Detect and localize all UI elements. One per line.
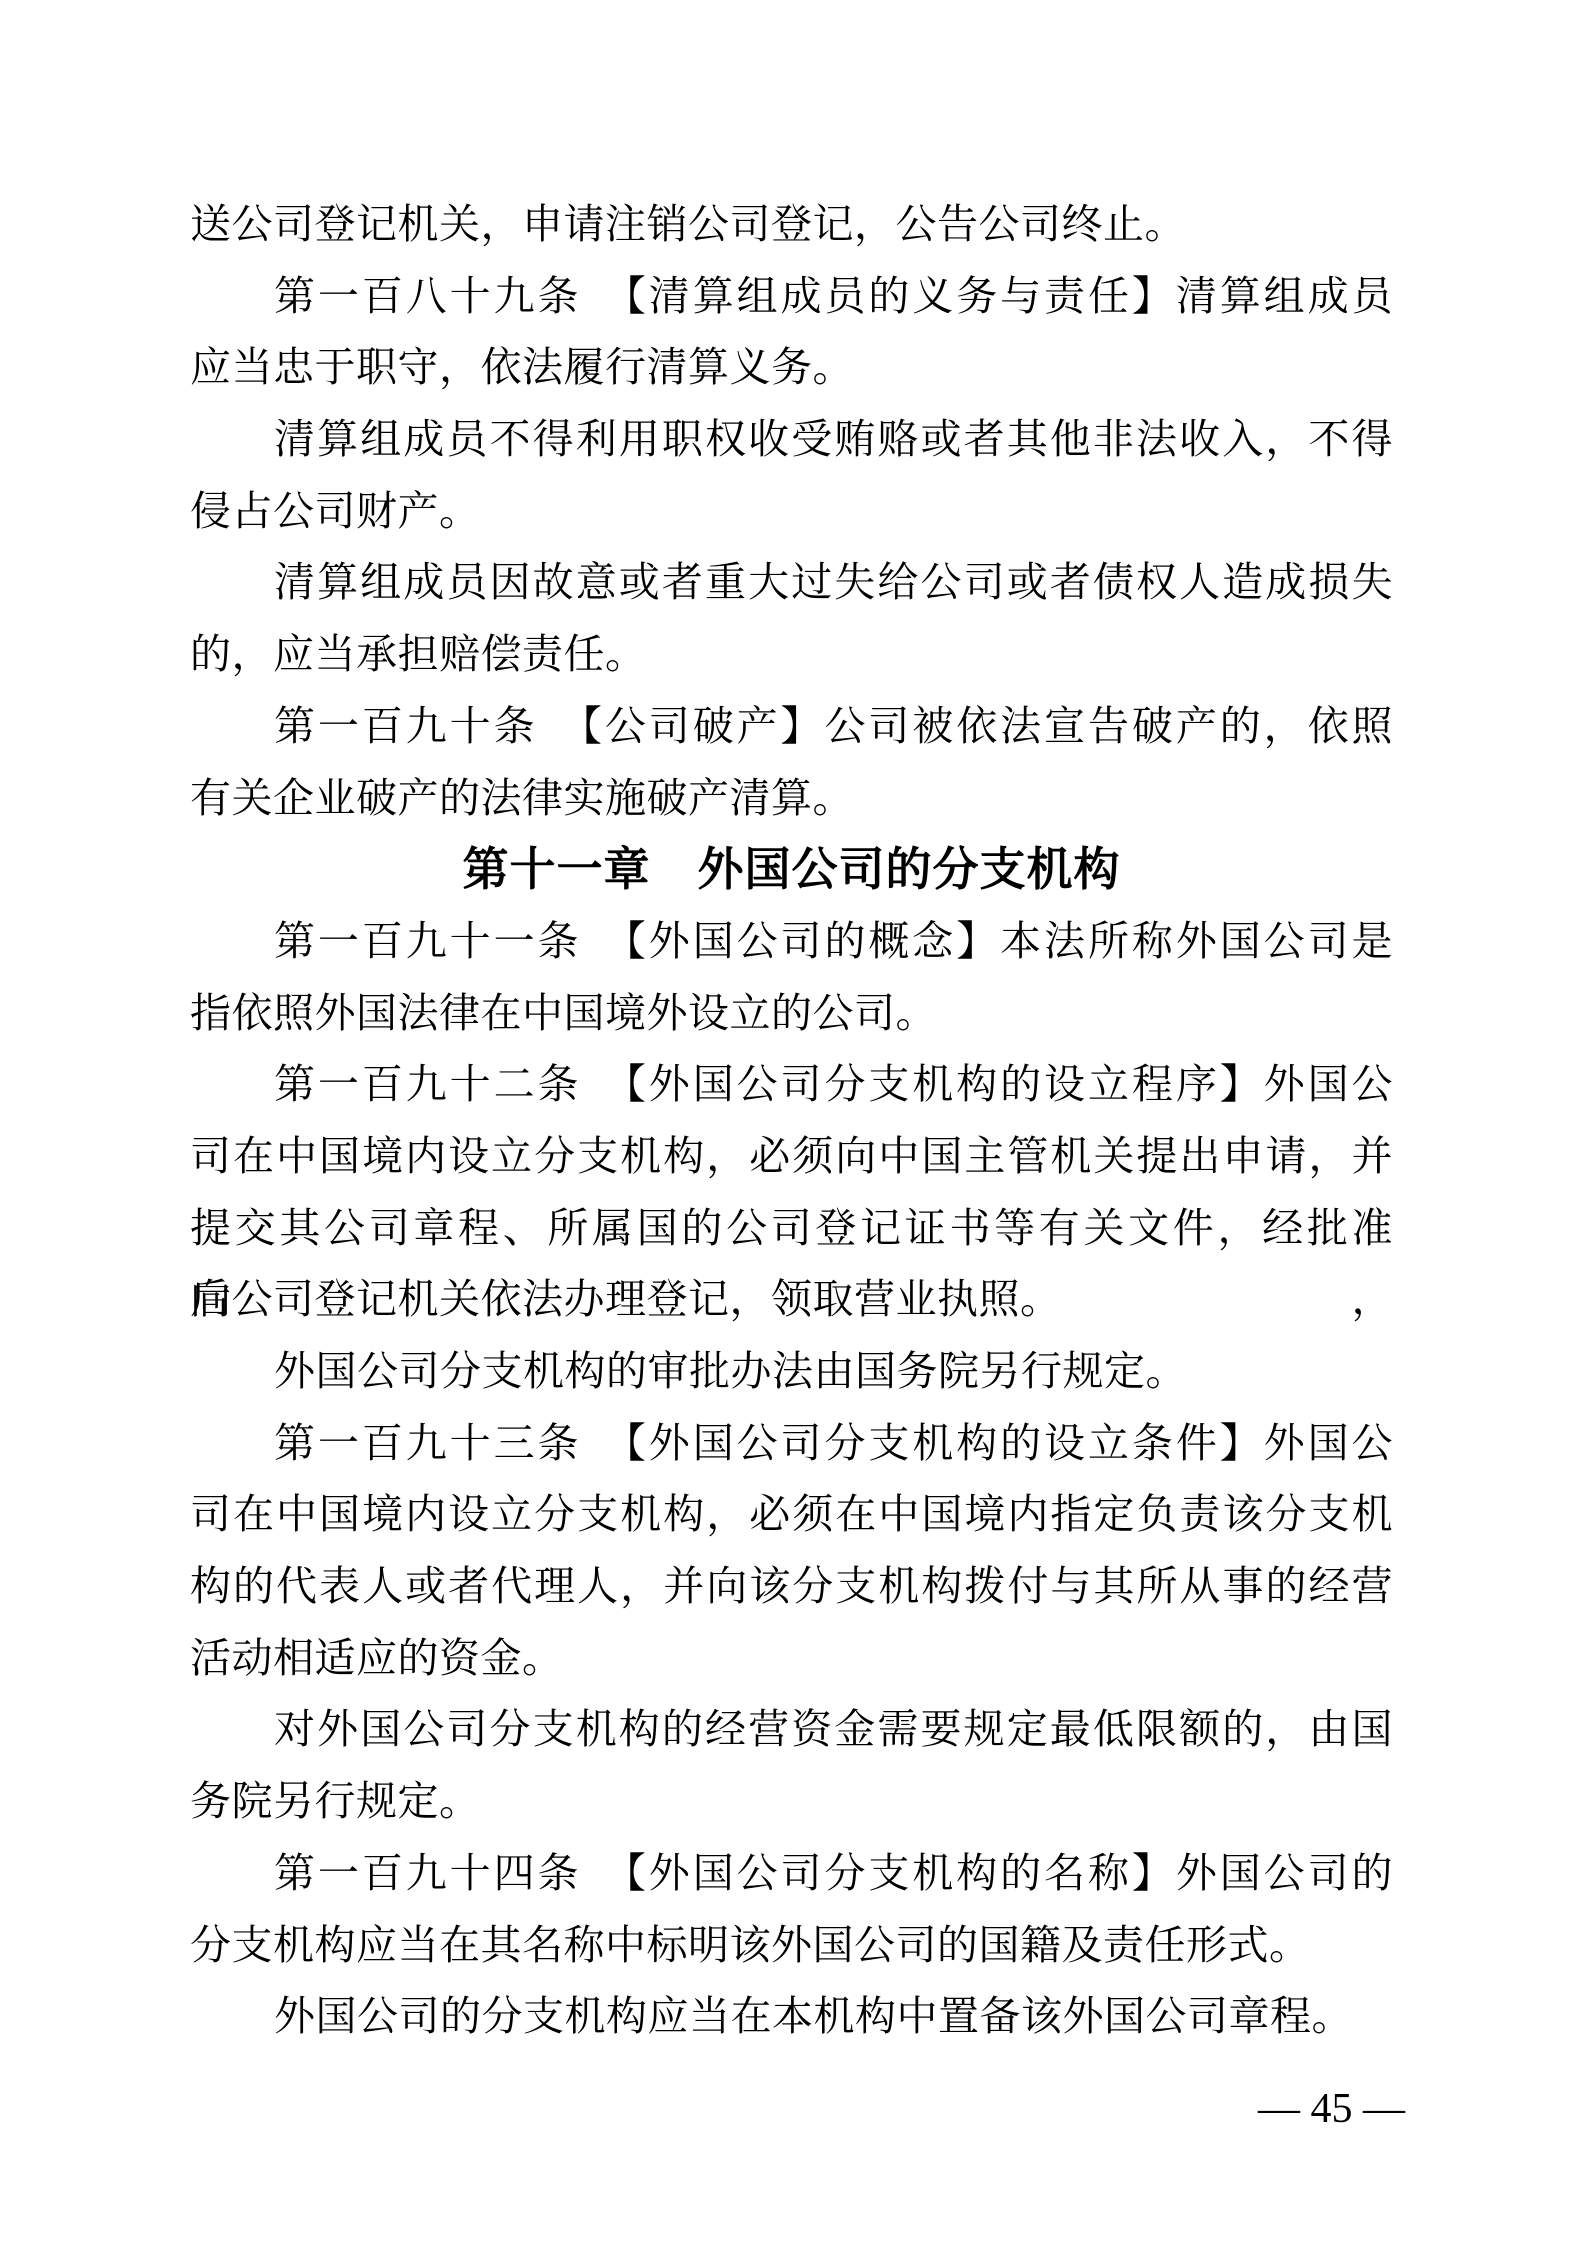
text-line: 侵占公司财产。 bbox=[190, 476, 1393, 548]
page-number: — 45 — bbox=[1258, 2086, 1405, 2132]
text-line: 应当忠于职守，依法履行清算义务。 bbox=[190, 332, 1393, 404]
text-line: 送公司登记机关，申请注销公司登记，公告公司终止。 bbox=[190, 189, 1393, 261]
text-line: 提交其公司章程、所属国的公司登记证书等有关文件，经批准后， bbox=[190, 1193, 1393, 1265]
text-line: 分支机构应当在其名称中标明该外国公司的国籍及责任形式。 bbox=[190, 1910, 1393, 1982]
text-line: 构的代表人或者代理人，并向该分支机构拨付与其所从事的经营 bbox=[190, 1551, 1393, 1623]
text-line: 外国公司分支机构的审批办法由国务院另行规定。 bbox=[190, 1336, 1393, 1408]
text-line: 务院另行规定。 bbox=[190, 1766, 1393, 1838]
text-line: 第一百九十一条 【外国公司的概念】本法所称外国公司是 bbox=[190, 906, 1393, 978]
chapter-heading: 第十一章 外国公司的分支机构 bbox=[190, 834, 1393, 906]
document-page: 送公司登记机关，申请注销公司登记，公告公司终止。 第一百八十九条 【清算组成员的… bbox=[0, 0, 1587, 2245]
text-line: 对外国公司分支机构的经营资金需要规定最低限额的，由国 bbox=[190, 1694, 1393, 1766]
text-line: 司在中国境内设立分支机构，必须在中国境内指定负责该分支机 bbox=[190, 1479, 1393, 1551]
text-line: 有关企业破产的法律实施破产清算。 bbox=[190, 763, 1393, 835]
text-line: 第一百九十条 【公司破产】公司被依法宣告破产的，依照 bbox=[190, 691, 1393, 763]
text-line: 清算组成员因故意或者重大过失给公司或者债权人造成损失 bbox=[190, 547, 1393, 619]
text-line: 第一百八十九条 【清算组成员的义务与责任】清算组成员 bbox=[190, 261, 1393, 333]
text-line: 指依照外国法律在中国境外设立的公司。 bbox=[190, 978, 1393, 1050]
text-line: 第一百九十四条 【外国公司分支机构的名称】外国公司的 bbox=[190, 1838, 1393, 1910]
text-line: 清算组成员不得利用职权收受贿赂或者其他非法收入，不得 bbox=[190, 404, 1393, 476]
text-line: 外国公司的分支机构应当在本机构中置备该外国公司章程。 bbox=[190, 1981, 1393, 2053]
text-line: 司在中国境内设立分支机构，必须向中国主管机关提出申请，并 bbox=[190, 1121, 1393, 1193]
text-line: 第一百九十二条 【外国公司分支机构的设立程序】外国公 bbox=[190, 1049, 1393, 1121]
text-line: 第一百九十三条 【外国公司分支机构的设立条件】外国公 bbox=[190, 1408, 1393, 1480]
text-block: 送公司登记机关，申请注销公司登记，公告公司终止。 第一百八十九条 【清算组成员的… bbox=[190, 189, 1393, 2053]
text-line: 活动相适应的资金。 bbox=[190, 1623, 1393, 1695]
text-line: 的，应当承担赔偿责任。 bbox=[190, 619, 1393, 691]
